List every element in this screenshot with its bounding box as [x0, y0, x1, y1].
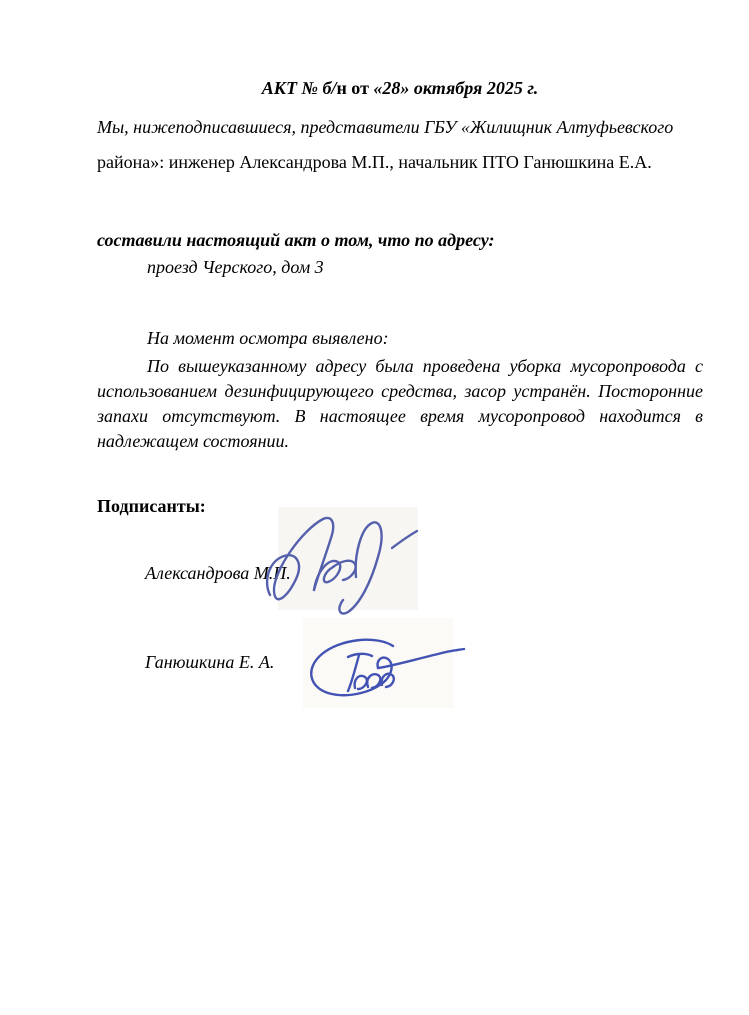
- signature-aleksandrova: [262, 503, 422, 618]
- signature-ganyushkina: [298, 612, 470, 712]
- document-title: АКТ № б/н от «28» октября 2025 г.: [97, 78, 703, 99]
- inspection-paragraph-line: По вышеуказанному адресу была проведена …: [97, 356, 703, 380]
- intro-line-1: Мы, нижеподписавшиеся, представители ГБУ…: [97, 117, 673, 138]
- document-page: АКТ № б/н от «28» октября 2025 г. Мы, ни…: [0, 0, 749, 1015]
- statement-heading: составили настоящий акт о том, что по ад…: [97, 230, 494, 251]
- address-line: проезд Черского, дом 3: [147, 257, 324, 278]
- title-run: АКТ № б/: [262, 78, 337, 98]
- title-run: «28» октября 2025 г.: [373, 78, 538, 98]
- inspection-paragraph-line: надлежащем состоянии.: [97, 431, 703, 455]
- inspection-paragraph-line: запахи отсутствуют. В настоящее время му…: [97, 406, 703, 430]
- intro-line-2: района»: инженер Александрова М.П., нача…: [97, 152, 652, 173]
- title-run: н от: [336, 78, 373, 98]
- signatory-name-2: Ганюшкина Е. А.: [145, 652, 274, 673]
- inspection-paragraph-line: использованием дезинфицирующего средства…: [97, 381, 703, 405]
- signatories-heading: Подписанты:: [97, 496, 206, 517]
- inspection-lead: На момент осмотра выявлено:: [147, 328, 389, 349]
